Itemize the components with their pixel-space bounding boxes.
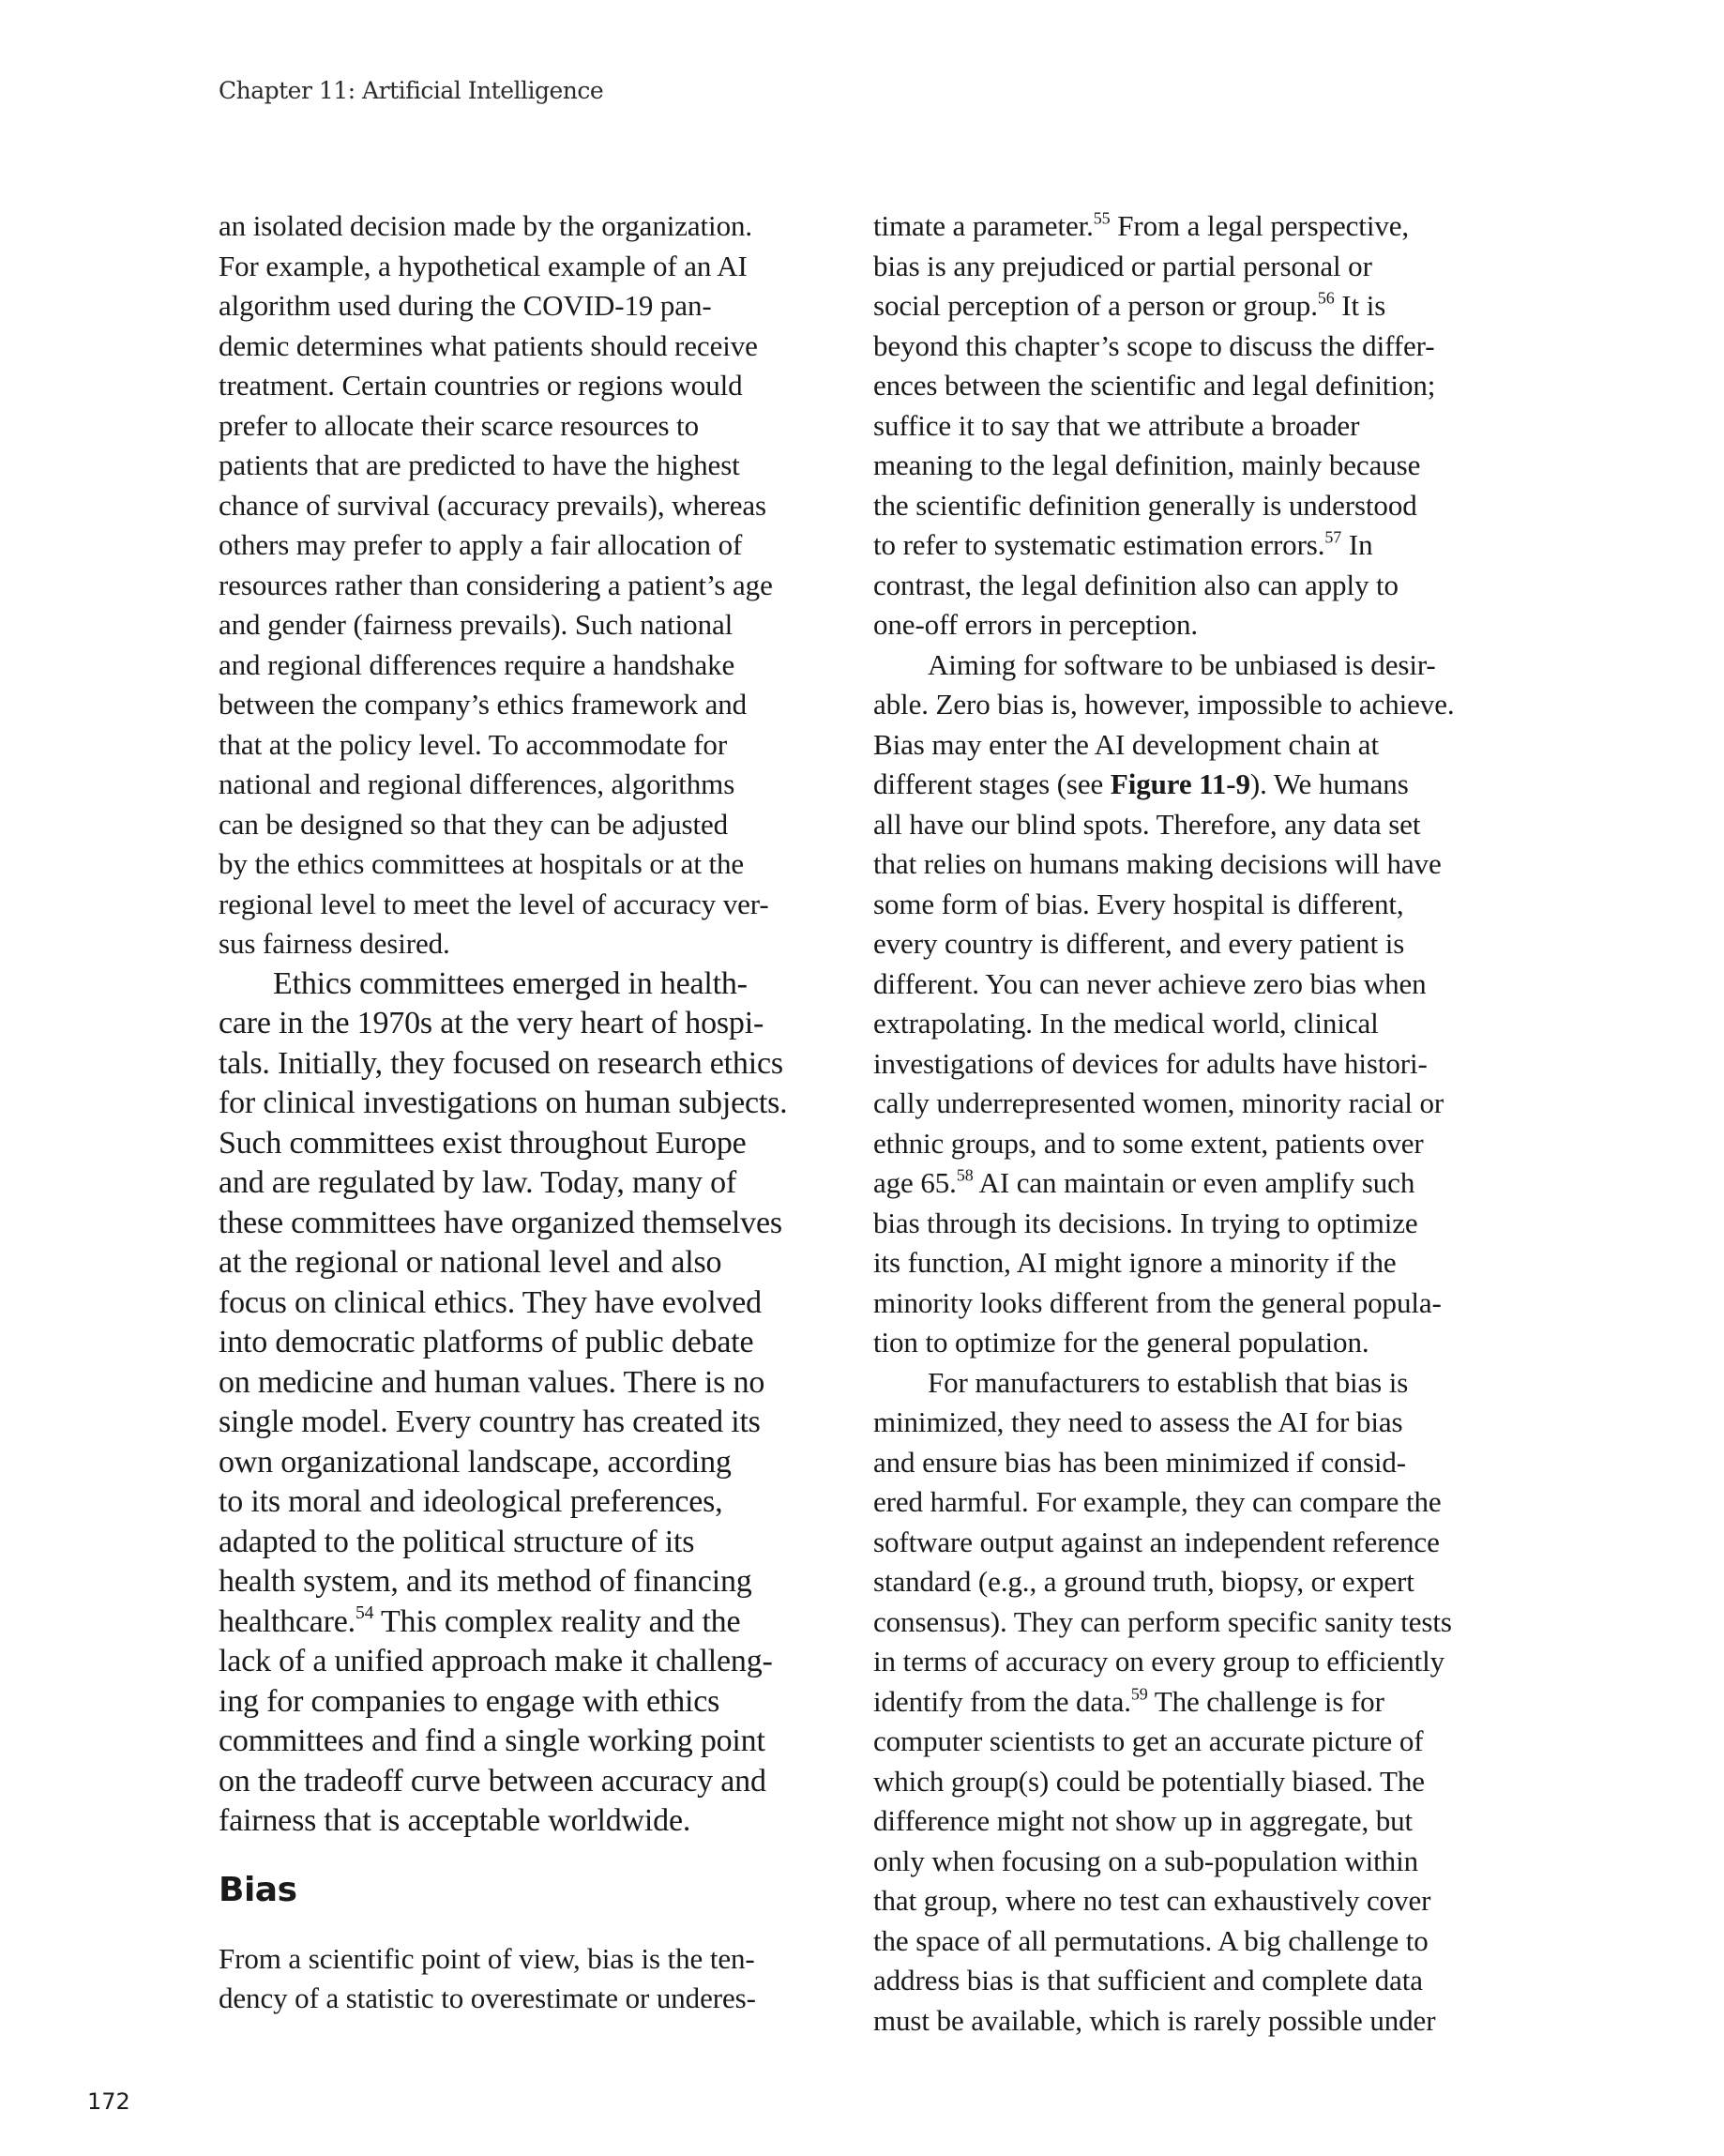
text-line: social perception of a person or group.5… <box>873 286 1474 326</box>
figure-reference-link[interactable]: Figure 11-9 <box>1111 767 1250 800</box>
text-fragment: In <box>1341 528 1372 561</box>
text-fragment: to refer to systematic estimation errors… <box>873 528 1324 561</box>
footnote-ref-55[interactable]: 55 <box>1094 208 1111 227</box>
text-line: an isolated decision made by the organiz… <box>219 206 819 247</box>
text-line: can be designed so that they can be adju… <box>219 805 819 845</box>
text-line: between the company’s ethics framework a… <box>219 685 819 725</box>
text-line: From a scientific point of view, bias is… <box>219 1939 819 1980</box>
text-line: ered harmful. For example, they can comp… <box>873 1482 1474 1523</box>
text-line: contrast, the legal definition also can … <box>873 566 1474 606</box>
text-line: to refer to systematic estimation errors… <box>873 525 1474 566</box>
text-line: some form of bias. Every hospital is dif… <box>873 885 1474 925</box>
text-line: able. Zero bias is, however, impossible … <box>873 685 1474 725</box>
text-line: minority looks different from the genera… <box>873 1283 1474 1324</box>
text-line: computer scientists to get an accurate p… <box>873 1722 1474 1762</box>
text-fragment: The challenge is for <box>1148 1685 1384 1718</box>
text-line: software output against an independent r… <box>873 1523 1474 1563</box>
text-line: suffice it to say that we attribute a br… <box>873 406 1474 447</box>
text-line: ethnic groups, and to some extent, patie… <box>873 1124 1474 1164</box>
text-line: resources rather than considering a pati… <box>219 566 819 606</box>
text-line: extrapolating. In the medical world, cli… <box>873 1004 1474 1044</box>
text-line: lack of a unified approach make it chall… <box>219 1642 819 1682</box>
text-line: and ensure bias has been minimized if co… <box>873 1443 1474 1483</box>
text-fragment: social perception of a person or group. <box>873 289 1318 322</box>
text-line: and gender (fairness prevails). Such nat… <box>219 605 819 645</box>
text-line: must be available, which is rarely possi… <box>873 2001 1474 2042</box>
text-fragment: age 65. <box>873 1166 957 1199</box>
text-line: identify from the data.59 The challenge … <box>873 1682 1474 1723</box>
text-line: demic determines what patients should re… <box>219 326 819 367</box>
text-line: age 65.58 AI can maintain or even amplif… <box>873 1163 1474 1204</box>
text-line: ences between the scientific and legal d… <box>873 366 1474 406</box>
text-line: Such committees exist throughout Europe <box>219 1124 819 1164</box>
text-line: beyond this chapter’s scope to discuss t… <box>873 326 1474 367</box>
footnote-ref-57[interactable]: 57 <box>1324 527 1341 546</box>
text-line: cally underrepresented women, minority r… <box>873 1084 1474 1124</box>
running-head: Chapter 11: Artificial Intelligence <box>219 77 603 104</box>
text-line: different. You can never achieve zero bi… <box>873 964 1474 1005</box>
text-line: For example, a hypothetical example of a… <box>219 247 819 287</box>
text-line: tals. Initially, they focused on researc… <box>219 1044 819 1085</box>
text-fragment: This complex reality and the <box>381 1604 740 1639</box>
text-fragment: healthcare. <box>219 1604 355 1639</box>
text-fragment: AI can maintain or even amplify such <box>974 1166 1415 1199</box>
text-line: in terms of accuracy on every group to e… <box>873 1642 1474 1682</box>
text-line: investigations of devices for adults hav… <box>873 1044 1474 1085</box>
text-line: regional level to meet the level of accu… <box>219 885 819 925</box>
text-line: for clinical investigations on human sub… <box>219 1084 819 1124</box>
text-line: only when focusing on a sub-population w… <box>873 1842 1474 1882</box>
text-fragment: From a legal perspective, <box>1111 209 1409 242</box>
text-line: patients that are predicted to have the … <box>219 446 819 486</box>
text-line: Ethics committees emerged in health- <box>219 964 819 1005</box>
text-line: chance of survival (accuracy prevails), … <box>219 486 819 526</box>
paragraph-allocation: an isolated decision made by the organiz… <box>219 206 819 964</box>
text-line: at the regional or national level and al… <box>219 1243 819 1283</box>
text-line: adapted to the political structure of it… <box>219 1523 819 1563</box>
text-line: and regional differences require a hands… <box>219 645 819 686</box>
footnote-ref-56[interactable]: 56 <box>1318 288 1335 307</box>
text-line: and are regulated by law. Today, many of <box>219 1163 819 1204</box>
text-line: every country is different, and every pa… <box>873 924 1474 964</box>
text-line: on the tradeoff curve between accuracy a… <box>219 1762 819 1802</box>
text-line: the space of all permutations. A big cha… <box>873 1921 1474 1962</box>
paragraph-legal-definition: timate a parameter.55 From a legal persp… <box>873 206 1474 645</box>
text-line: into democratic platforms of public deba… <box>219 1323 819 1363</box>
text-line: sus fairness desired. <box>219 924 819 964</box>
text-line: tion to optimize for the general populat… <box>873 1323 1474 1363</box>
text-line: meaning to the legal definition, mainly … <box>873 446 1474 486</box>
text-line: own organizational landscape, according <box>219 1443 819 1483</box>
text-fragment: identify from the data. <box>873 1685 1131 1718</box>
text-line: health system, and its method of financi… <box>219 1562 819 1602</box>
text-line: ing for companies to engage with ethics <box>219 1682 819 1723</box>
text-line: on medicine and human values. There is n… <box>219 1363 819 1404</box>
text-line: For manufacturers to establish that bias… <box>873 1363 1474 1404</box>
text-line: committees and find a single working poi… <box>219 1722 819 1762</box>
text-line: these committees have organized themselv… <box>219 1204 819 1244</box>
text-line: consensus). They can perform specific sa… <box>873 1602 1474 1643</box>
text-line: its function, AI might ignore a minority… <box>873 1243 1474 1283</box>
text-line: one-off errors in perception. <box>873 605 1474 645</box>
text-fragment: different stages (see <box>873 767 1111 800</box>
text-line: minimized, they need to assess the AI fo… <box>873 1403 1474 1443</box>
page-number: 172 <box>87 2088 130 2115</box>
text-line: national and regional differences, algor… <box>219 765 819 805</box>
text-line: focus on clinical ethics. They have evol… <box>219 1283 819 1324</box>
text-line: standard (e.g., a ground truth, biopsy, … <box>873 1562 1474 1602</box>
paragraph-bias-definition: From a scientific point of view, bias is… <box>219 1939 819 2019</box>
text-fragment: timate a parameter. <box>873 209 1094 242</box>
paragraph-unbiased-software: Aiming for software to be unbiased is de… <box>873 645 1474 1363</box>
right-column: timate a parameter.55 From a legal persp… <box>873 206 1474 2041</box>
text-line: care in the 1970s at the very heart of h… <box>219 1004 819 1044</box>
text-line: dency of a statistic to overestimate or … <box>219 1979 819 2019</box>
text-fragment: ). We humans <box>1250 767 1409 800</box>
footnote-ref-58[interactable]: 58 <box>957 1165 974 1184</box>
text-line: single model. Every country has created … <box>219 1403 819 1443</box>
text-line: others may prefer to apply a fair alloca… <box>219 525 819 566</box>
text-line: by the ethics committees at hospitals or… <box>219 844 819 885</box>
text-line: all have our blind spots. Therefore, any… <box>873 805 1474 845</box>
text-line: fairness that is acceptable worldwide. <box>219 1801 819 1842</box>
text-line: treatment. Certain countries or regions … <box>219 366 819 406</box>
text-line: timate a parameter.55 From a legal persp… <box>873 206 1474 247</box>
text-line: bias is any prejudiced or partial person… <box>873 247 1474 287</box>
paragraph-ethics-committees: Ethics committees emerged in health- car… <box>219 964 819 1842</box>
text-line: which group(s) could be potentially bias… <box>873 1762 1474 1802</box>
text-line: prefer to allocate their scarce resource… <box>219 406 819 447</box>
text-line: that group, where no test can exhaustive… <box>873 1881 1474 1921</box>
text-line: Aiming for software to be unbiased is de… <box>873 645 1474 686</box>
text-line: that relies on humans making decisions w… <box>873 844 1474 885</box>
text-line: healthcare.54 This complex reality and t… <box>219 1602 819 1643</box>
text-line: the scientific definition generally is u… <box>873 486 1474 526</box>
footnote-ref-54[interactable]: 54 <box>355 1602 373 1623</box>
text-line: address bias is that sufficient and comp… <box>873 1961 1474 2001</box>
footnote-ref-59[interactable]: 59 <box>1131 1684 1148 1703</box>
text-line: difference might not show up in aggregat… <box>873 1801 1474 1842</box>
text-line: algorithm used during the COVID-19 pan- <box>219 286 819 326</box>
text-fragment: It is <box>1335 289 1386 322</box>
text-line: bias through its decisions. In trying to… <box>873 1204 1474 1244</box>
text-line: that at the policy level. To accommodate… <box>219 725 819 766</box>
section-heading-bias: Bias <box>219 1870 819 1911</box>
text-line: different stages (see Figure 11-9). We h… <box>873 765 1474 805</box>
left-column: an isolated decision made by the organiz… <box>219 206 819 2019</box>
text-line: Bias may enter the AI development chain … <box>873 725 1474 766</box>
text-line: to its moral and ideological preferences… <box>219 1482 819 1523</box>
paragraph-manufacturers: For manufacturers to establish that bias… <box>873 1363 1474 2042</box>
